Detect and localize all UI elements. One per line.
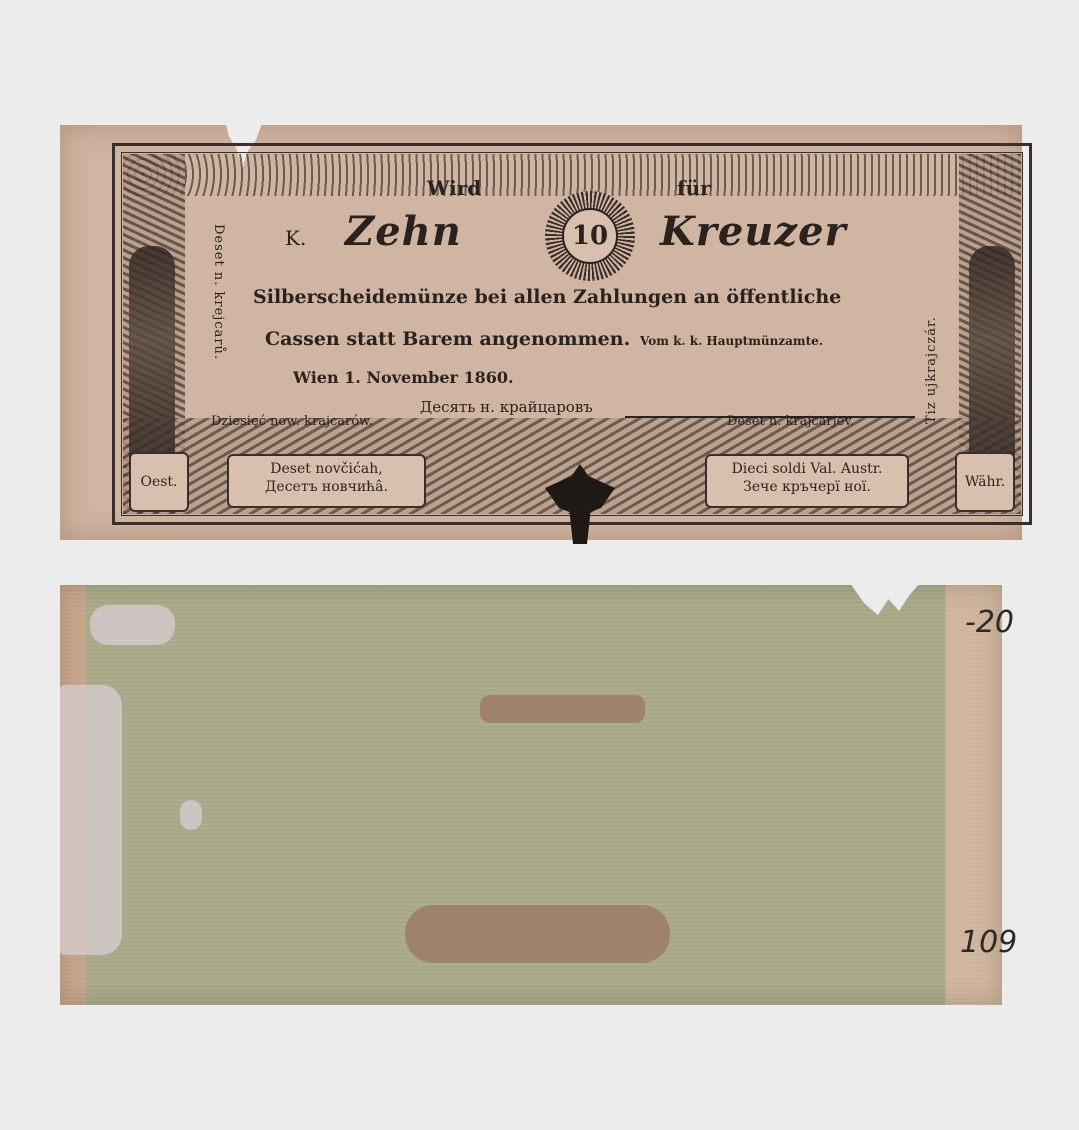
value-word-zehn: Zehn [345, 208, 462, 255]
header-right: für [677, 176, 711, 200]
top-ornament [123, 154, 1021, 196]
pencil-note-bottom: 109 [960, 925, 1017, 960]
paper-loss-patch [90, 605, 175, 645]
left-cartouche: Deset novčićah, Десетъ новчићâ. [227, 454, 426, 508]
right-allegorical-figure [969, 246, 1015, 476]
banknote-back: -20 109 [60, 585, 1002, 1005]
ornamental-frame: 10 Wird für K. Zehn Kreuzer Silberscheid… [112, 143, 1032, 525]
italian-text: Dieci soldi Val. Austr. [707, 460, 907, 478]
value-numeral: 10 [562, 208, 618, 264]
adhesive-stain [480, 695, 645, 723]
hungarian-vertical-text: Tiz ujkrajczár. [924, 224, 939, 424]
left-allegorical-figure [129, 246, 175, 476]
romanian-text: Зече кръчерї нoї. [707, 478, 907, 496]
croatian-text: Deset novčićah, [229, 460, 424, 478]
series-prefix: K. [285, 226, 306, 250]
value-word-kreuzer: Kreuzer [660, 208, 847, 255]
main-text-line-2: Cassen statt Barem angenommen. [265, 328, 630, 350]
serbian-text: Десетъ новчићâ. [229, 478, 424, 496]
adhesive-stain [405, 905, 670, 963]
corner-right: Währ. [955, 452, 1015, 512]
paper-loss-patch [60, 685, 122, 955]
value-medallion: 10 [545, 191, 635, 281]
right-cartouche: Dieci soldi Val. Austr. Зече кръчерї нoї… [705, 454, 909, 508]
issuer-text: Vom k. k. Hauptmünzamte. [640, 334, 823, 348]
place-date: Wien 1. November 1860. [293, 368, 514, 387]
corner-left: Oest. [129, 452, 189, 512]
main-text-line-1: Silberscheidemünze bei allen Zahlungen a… [253, 286, 841, 308]
slovene-text: Deset n. krajcarjev. [727, 414, 854, 429]
cyrillic-center-text: Десять н. крайцаровъ [420, 398, 593, 416]
paper-loss-patch [180, 800, 202, 830]
banknote-front: 10 Wird für K. Zehn Kreuzer Silberscheid… [60, 125, 1022, 540]
polish-text: Dziesięć now. krajcarów. [211, 414, 373, 429]
header-left: Wird [427, 176, 481, 200]
czech-vertical-text: Deset n. krejcarů. [211, 224, 226, 424]
pencil-note-top: -20 [965, 605, 1014, 640]
